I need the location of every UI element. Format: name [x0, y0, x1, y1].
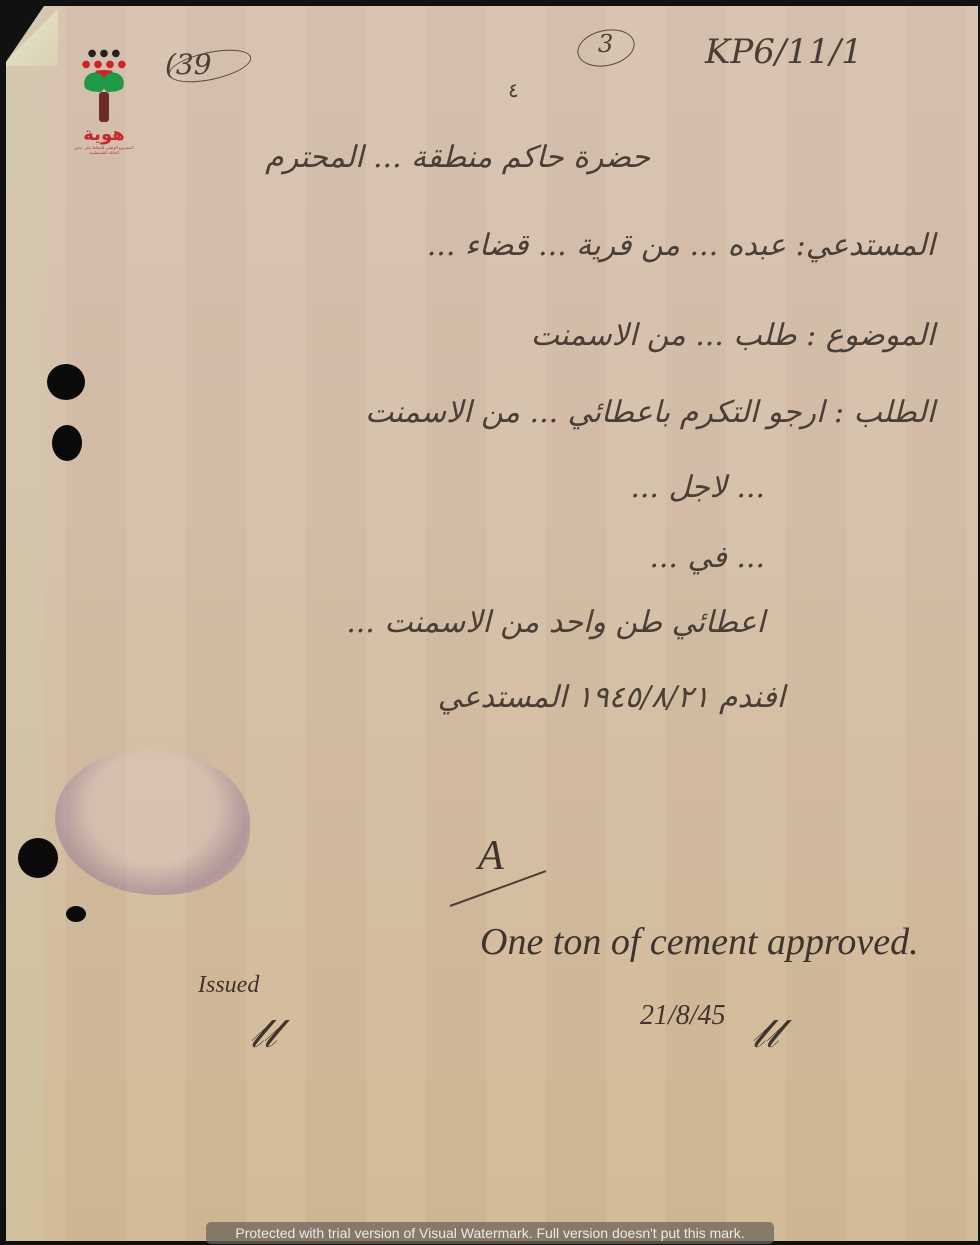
punch-hole — [18, 838, 58, 878]
letter-line-request: الطلب : ارجو التكرم باعطائي ... من الاسم… — [365, 395, 935, 430]
tree-crown-icon — [81, 70, 127, 92]
tree-trunk-icon — [99, 92, 109, 122]
reference-code: KP6/11/1 — [705, 32, 863, 72]
circled-number: 3 — [598, 30, 613, 58]
people-icon: ● ● ●● ● ● ● — [72, 48, 136, 70]
approval-signature: 𝓁𝓁 — [752, 1010, 779, 1057]
letter-line-6: اعطائي طن واحد من الاسمنت ... — [346, 605, 765, 640]
top-mark: ٤ — [508, 78, 519, 102]
annotation-initial: A — [478, 832, 504, 880]
approval-date: 21/8/45 — [640, 1000, 726, 1032]
logo-name: هوية — [72, 124, 136, 145]
letter-line-subject: الموضوع : طلب ... من الاسمنت — [531, 318, 935, 353]
folded-corner — [6, 6, 58, 66]
approval-text: One ton of cement approved. — [480, 920, 919, 964]
letter-signoff: افندم ١٩٤٥/٨/٢١ المستدعي — [438, 680, 785, 715]
hawiya-logo: ● ● ●● ● ● ● هوية المشروع الوطني للحفاظ … — [72, 48, 136, 155]
logo-subtitle: المشروع الوطني للحفاظ على جذور العائلة ا… — [72, 145, 136, 155]
issued-signature: 𝓁𝓁 — [250, 1010, 277, 1057]
punch-hole — [47, 364, 85, 400]
issued-note: Issued — [198, 972, 259, 999]
ink-blot — [66, 906, 86, 922]
watermark-banner: Protected with trial version of Visual W… — [206, 1222, 774, 1244]
punch-hole — [52, 425, 82, 461]
letter-line-applicant: المستدعي: عبده ... من قرية ... قضاء ... — [427, 228, 935, 263]
letter-heading: حضرة حاكم منطقة ... المحترم — [265, 140, 650, 175]
letter-line-4: ... لاجل ... — [630, 470, 765, 505]
letter-line-5: ... في ... — [649, 540, 765, 575]
